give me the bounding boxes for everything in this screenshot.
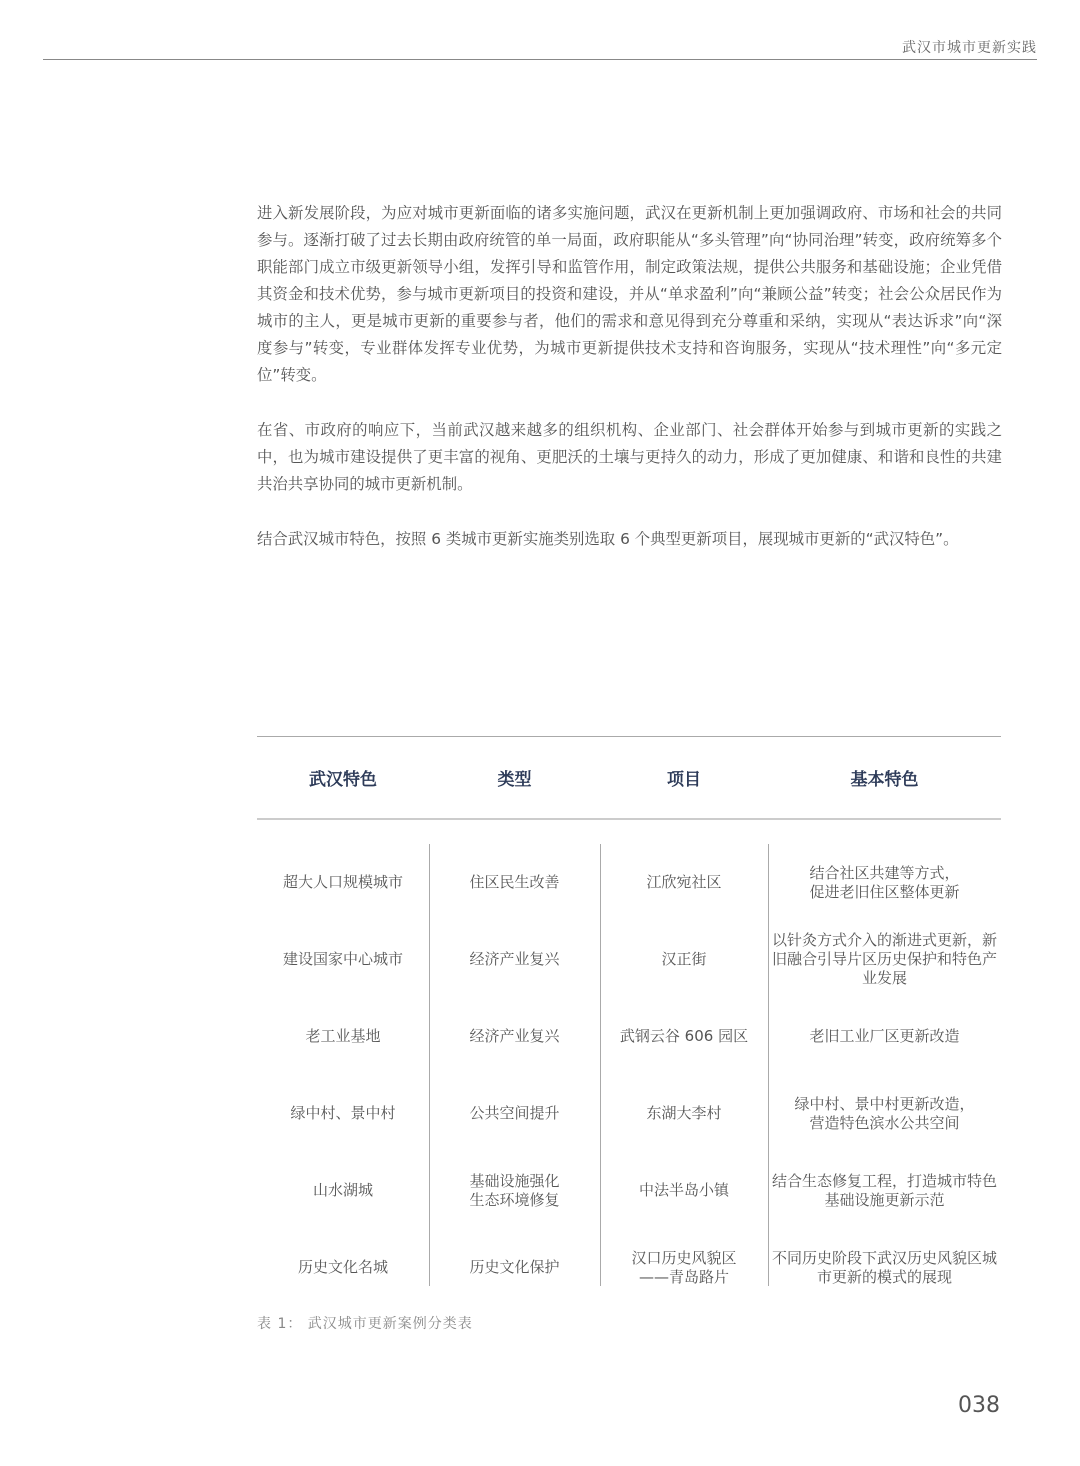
header-basic-feature: 基本特色: [768, 765, 1001, 790]
table-body: 超大人口规模城市住区民生改善江欣宛社区结合社区共建等方式， 促进老旧住区整体更新…: [257, 844, 1001, 1306]
cell-project: 汉正街: [600, 950, 768, 969]
cell-wuhan-feature: 老工业基地: [257, 1027, 429, 1046]
column-divider: [768, 844, 769, 1286]
page-number: 038: [958, 1393, 1000, 1418]
paragraph-2: 在省、市政府的响应下，当前武汉越来越多的组织机构、企业部门、社会群体开始参与到城…: [257, 417, 1002, 498]
cell-type: 经济产业复兴: [429, 950, 600, 969]
table-row: 山水湖城基础设施强化 生态环境修复中法半岛小镇结合生态修复工程，打造城市特色基础…: [257, 1152, 1001, 1229]
table-row: 老工业基地经济产业复兴武钢云谷 606 园区老旧工业厂区更新改造: [257, 998, 1001, 1075]
table-row: 超大人口规模城市住区民生改善江欣宛社区结合社区共建等方式， 促进老旧住区整体更新: [257, 844, 1001, 921]
table-caption: 表 1： 武汉城市更新案例分类表: [257, 1313, 473, 1333]
table-row: 历史文化名城历史文化保护汉口历史风貌区 ——青岛路片不同历史阶段下武汉历史风貌区…: [257, 1229, 1001, 1306]
cell-project: 中法半岛小镇: [600, 1181, 768, 1200]
column-divider: [429, 844, 430, 1286]
classification-table: 武汉特色 类型 项目 基本特色 超大人口规模城市住区民生改善江欣宛社区结合社区共…: [257, 736, 1001, 1306]
cell-basic-feature: 以针灸方式介入的渐进式更新，新旧融合引导片区历史保护和特色产业发展: [768, 931, 1001, 988]
header-wuhan-feature: 武汉特色: [257, 765, 429, 790]
running-header-title: 武汉市城市更新实践: [902, 37, 1037, 57]
header-divider: [43, 59, 1037, 60]
cell-type: 公共空间提升: [429, 1104, 600, 1123]
cell-project: 东湖大李村: [600, 1104, 768, 1123]
table-row: 建设国家中心城市经济产业复兴汉正街以针灸方式介入的渐进式更新，新旧融合引导片区历…: [257, 921, 1001, 998]
cell-basic-feature: 老旧工业厂区更新改造: [768, 1027, 1001, 1046]
cell-basic-feature: 结合生态修复工程，打造城市特色基础设施更新示范: [768, 1172, 1001, 1210]
header-project: 项目: [600, 765, 768, 790]
cell-basic-feature: 结合社区共建等方式， 促进老旧住区整体更新: [768, 864, 1001, 902]
cell-wuhan-feature: 山水湖城: [257, 1181, 429, 1200]
header-type: 类型: [429, 765, 600, 790]
cell-wuhan-feature: 绿中村、景中村: [257, 1104, 429, 1123]
cell-type: 基础设施强化 生态环境修复: [429, 1172, 600, 1210]
cell-basic-feature: 绿中村、景中村更新改造， 营造特色滨水公共空间: [768, 1095, 1001, 1133]
cell-wuhan-feature: 历史文化名城: [257, 1258, 429, 1277]
cell-type: 历史文化保护: [429, 1258, 600, 1277]
table-header-row: 武汉特色 类型 项目 基本特色: [257, 737, 1001, 818]
cell-project: 汉口历史风貌区 ——青岛路片: [600, 1249, 768, 1287]
column-divider: [600, 844, 601, 1286]
table-header-rule: [257, 818, 1001, 820]
cell-wuhan-feature: 超大人口规模城市: [257, 873, 429, 892]
cell-type: 经济产业复兴: [429, 1027, 600, 1046]
table-row: 绿中村、景中村公共空间提升东湖大李村绿中村、景中村更新改造， 营造特色滨水公共空…: [257, 1075, 1001, 1152]
cell-project: 武钢云谷 606 园区: [600, 1027, 768, 1046]
cell-project: 江欣宛社区: [600, 873, 768, 892]
cell-wuhan-feature: 建设国家中心城市: [257, 950, 429, 969]
cell-basic-feature: 不同历史阶段下武汉历史风貌区城市更新的模式的展现: [768, 1249, 1001, 1287]
paragraph-3: 结合武汉城市特色，按照 6 类城市更新实施类别选取 6 个典型更新项目，展现城市…: [257, 526, 1002, 553]
paragraph-1: 进入新发展阶段，为应对城市更新面临的诸多实施问题，武汉在更新机制上更加强调政府、…: [257, 200, 1002, 389]
cell-type: 住区民生改善: [429, 873, 600, 892]
